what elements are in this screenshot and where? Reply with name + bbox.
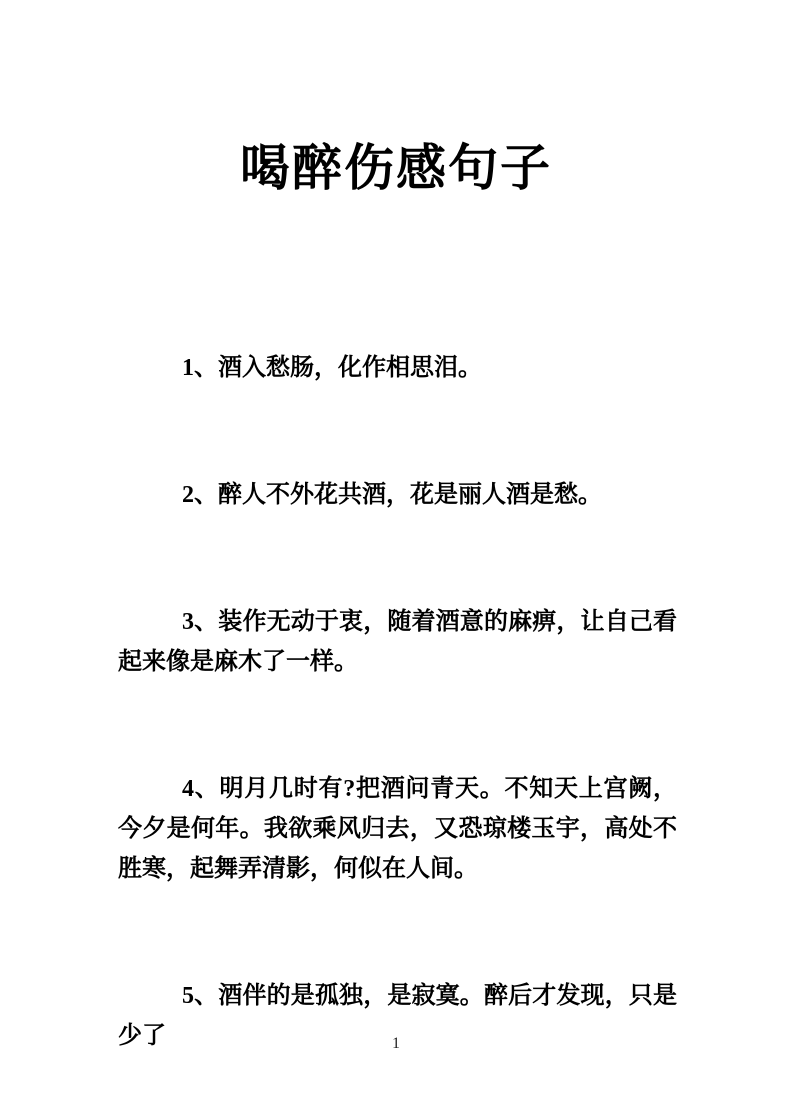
- paragraph-2: 2、醉人不外花共酒，花是丽人酒是愁。: [118, 475, 677, 515]
- paragraph-4: 4、明月几时有?把酒问青天。不知天上宫阙，今夕是何年。我欲乘风归去，又恐琼楼玉宇…: [118, 769, 677, 889]
- paragraph-3: 3、装作无动于衷，随着酒意的麻痹，让自己看起来像是麻木了一样。: [118, 602, 677, 682]
- document-page: 喝醉伤感句子 1、酒入愁肠，化作相思泪。 2、醉人不外花共酒，花是丽人酒是愁。 …: [0, 0, 792, 1120]
- page-number: 1: [0, 1034, 792, 1054]
- paragraph-1: 1、酒入愁肠，化作相思泪。: [118, 348, 677, 388]
- document-title: 喝醉伤感句子: [0, 135, 792, 201]
- document-body: 1、酒入愁肠，化作相思泪。 2、醉人不外花共酒，花是丽人酒是愁。 3、装作无动于…: [118, 348, 677, 1056]
